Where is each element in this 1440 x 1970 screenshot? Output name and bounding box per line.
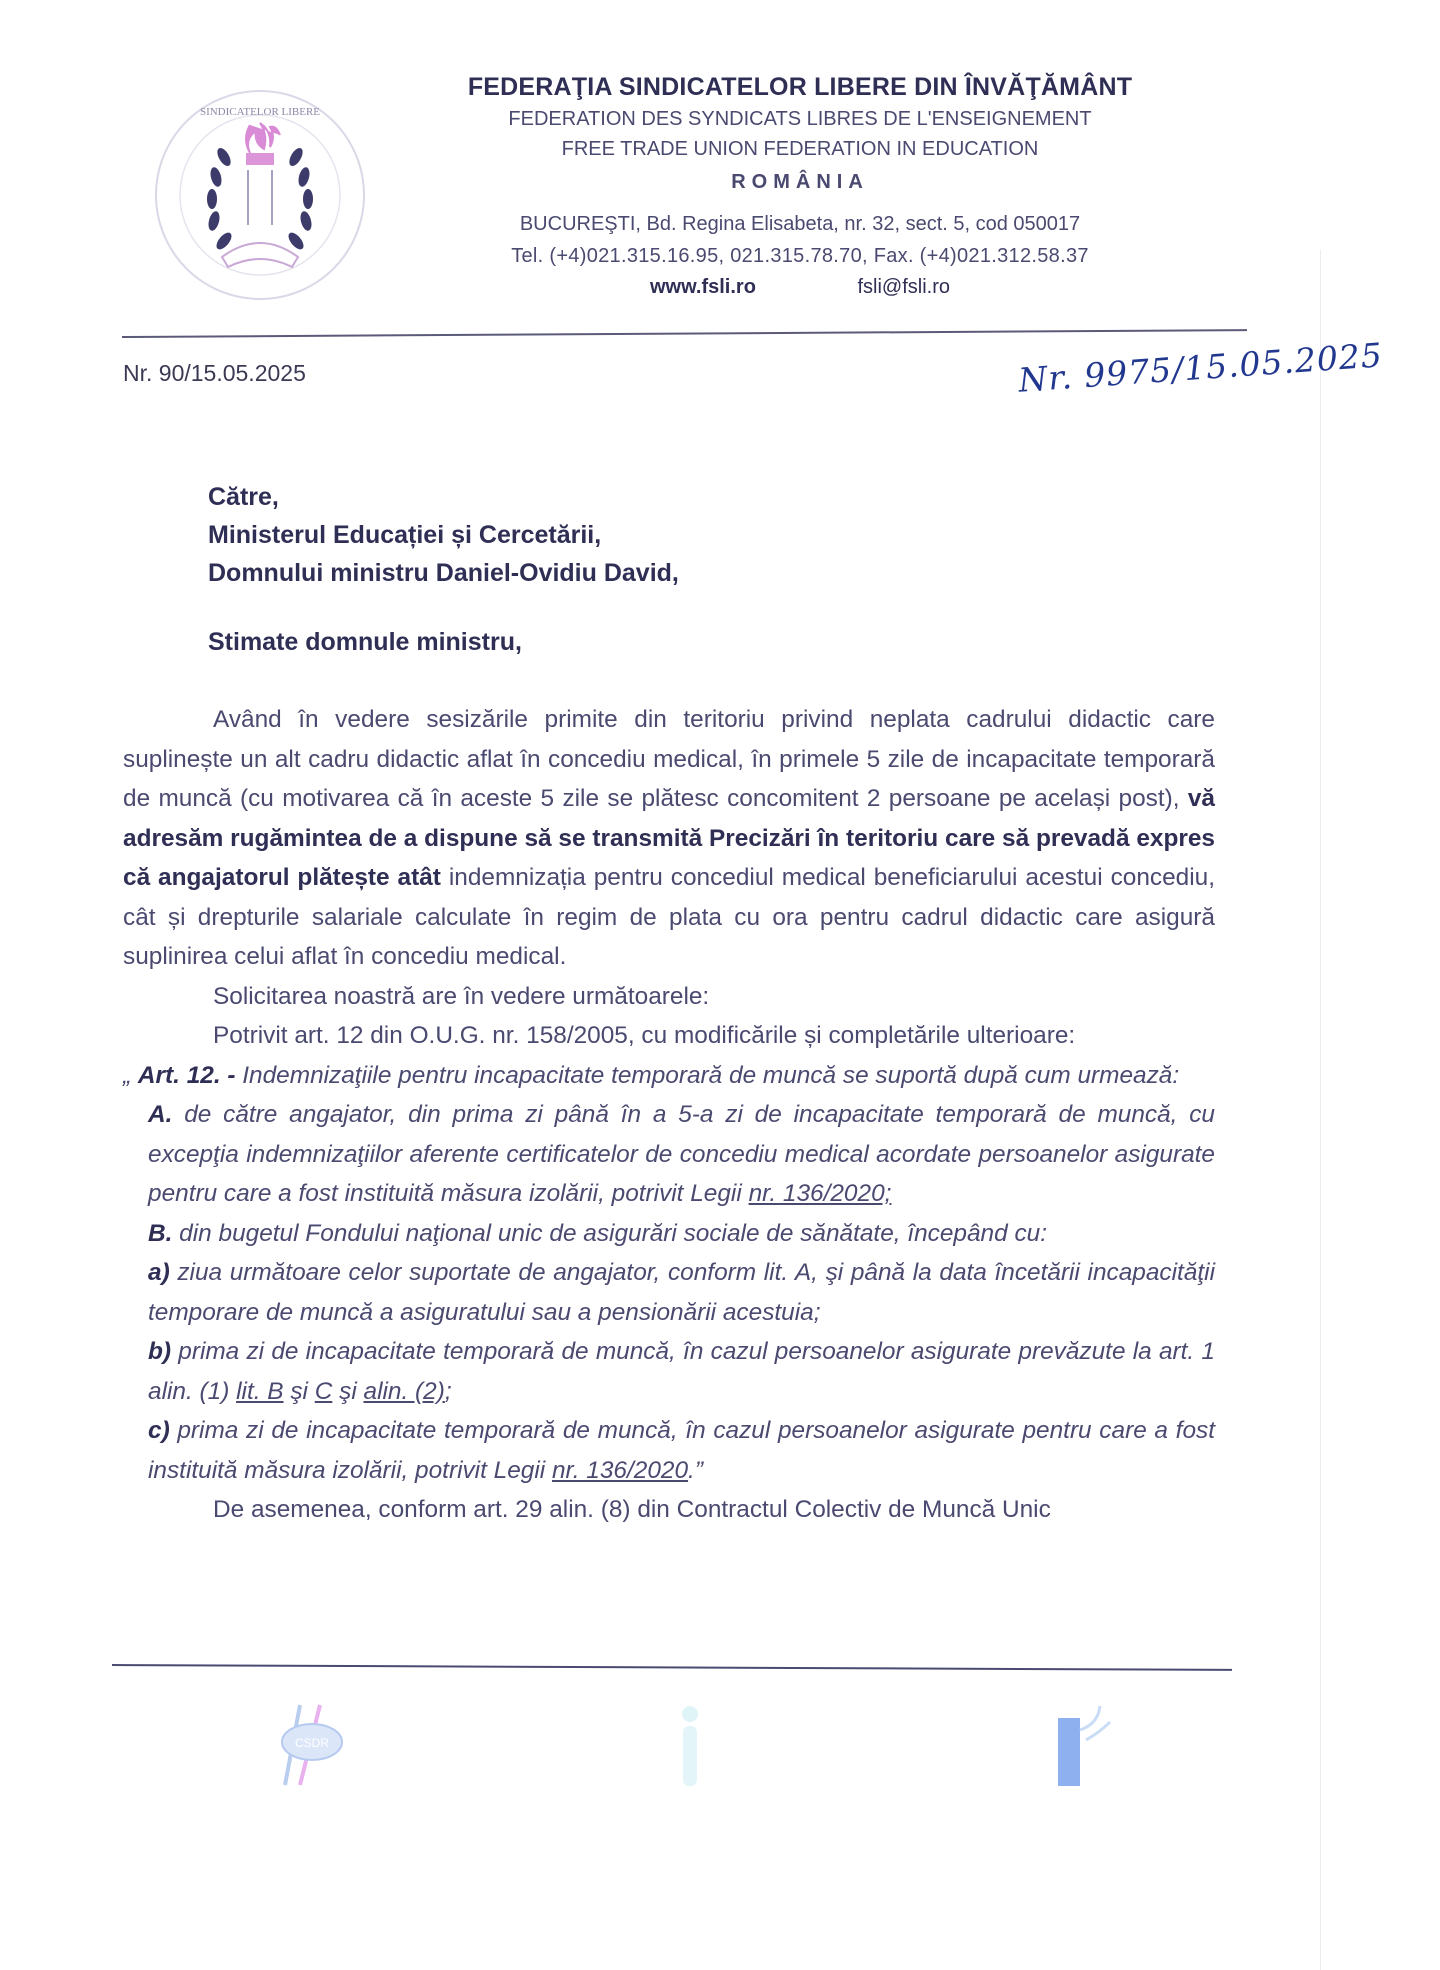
- law-link[interactable]: nr. 136/2020: [552, 1457, 688, 1484]
- law-link[interactable]: lit. B: [236, 1378, 283, 1405]
- article-item-b-a: a) ziua următoare celor suportate de ang…: [123, 1253, 1215, 1332]
- org-address: BUCUREŞTI, Bd. Regina Elisabeta, nr. 32,…: [420, 208, 1180, 240]
- article-12-heading: „ Art. 12. - Indemnizaţiile pentru incap…: [123, 1056, 1215, 1096]
- salutation: Stimate domnule ministru,: [208, 628, 522, 657]
- text: Având în vedere sesizările primite din t…: [123, 706, 1215, 812]
- org-name-ro: FEDERAŢIA SINDICATELOR LIBERE DIN ÎNVĂŢĂ…: [420, 70, 1180, 104]
- item-text: de către angajator, din prima zi până în…: [148, 1101, 1215, 1207]
- addressee-line: Domnului ministru Daniel-Ovidiu David,: [208, 554, 679, 592]
- item-text: şi: [284, 1378, 315, 1405]
- org-contacts: www.fsli.ro fsli@fsli.ro: [420, 272, 1180, 302]
- letter-page: SINDICATELOR LIBERE FEDERAŢIA SINDICATEL…: [0, 0, 1440, 1970]
- svg-text:CSDR: CSDR: [295, 1736, 329, 1750]
- csee-logo-icon: [1030, 1700, 1120, 1790]
- item-text: .”: [688, 1457, 703, 1484]
- org-phone: Tel. (+4)021.315.16.95, 021.315.78.70, F…: [420, 240, 1180, 272]
- law-link[interactable]: alin. (2): [364, 1378, 445, 1405]
- paragraph-collective-contract: De asemenea, conform art. 29 alin. (8) d…: [123, 1490, 1215, 1530]
- item-text: ;: [445, 1378, 452, 1405]
- paragraph-legal-basis: Potrivit art. 12 din O.U.G. nr. 158/2005…: [123, 1016, 1215, 1056]
- item-text: ziua următoare celor suportate de angaja…: [148, 1259, 1215, 1326]
- addressee: Către, Ministerul Educației și Cercetări…: [208, 478, 679, 592]
- quote-mark: „: [123, 1062, 138, 1089]
- article-text: Indemnizaţiile pentru incapacitate tempo…: [236, 1062, 1180, 1089]
- item-label: A.: [148, 1101, 172, 1128]
- csdr-logo-icon: CSDR: [270, 1700, 360, 1790]
- article-item-b: B. din bugetul Fondului naţional unic de…: [123, 1214, 1215, 1254]
- law-link[interactable]: C: [315, 1378, 333, 1405]
- reference-number: Nr. 90/15.05.2025: [123, 360, 306, 387]
- scan-edge: [1320, 250, 1321, 1970]
- org-name-en: FREE TRADE UNION FEDERATION IN EDUCATION: [420, 134, 1180, 164]
- fsli-seal-logo-icon: SINDICATELOR LIBERE: [150, 85, 370, 305]
- article-item-b-c: c) prima zi de incapacitate temporară de…: [123, 1411, 1215, 1490]
- addressee-line: Ministerul Educației și Cercetării,: [208, 516, 679, 554]
- law-link[interactable]: nr. 136/2020;: [749, 1180, 892, 1207]
- header-divider: [122, 329, 1247, 338]
- article-item-a: A. de către angajator, din prima zi până…: [123, 1095, 1215, 1214]
- footer-divider: [112, 1664, 1232, 1671]
- handwritten-registration: Nr. 9975/15.05.2025: [1017, 335, 1384, 399]
- email-link[interactable]: fsli@fsli.ro: [857, 276, 950, 298]
- item-label: c): [148, 1417, 170, 1444]
- svg-text:SINDICATELOR LIBERE: SINDICATELOR LIBERE: [200, 106, 320, 118]
- org-country: ROMÂNIA: [420, 164, 1180, 208]
- addressee-line: Către,: [208, 478, 679, 516]
- item-label: B.: [148, 1220, 172, 1247]
- article-label: Art. 12. -: [138, 1062, 236, 1089]
- item-label: a): [148, 1259, 170, 1286]
- org-name-fr: FEDERATION DES SYNDICATS LIBRES DE L'ENS…: [420, 104, 1180, 134]
- article-item-b-b: b) prima zi de incapacitate temporară de…: [123, 1332, 1215, 1411]
- item-label: b): [148, 1338, 171, 1365]
- ei-logo-icon: [650, 1700, 740, 1790]
- paragraph-grounds: Solicitarea noastră are în vedere următo…: [123, 977, 1215, 1017]
- paragraph-request: Având în vedere sesizările primite din t…: [123, 700, 1215, 977]
- letterhead: FEDERAŢIA SINDICATELOR LIBERE DIN ÎNVĂŢĂ…: [420, 70, 1180, 302]
- item-text: şi: [332, 1378, 363, 1405]
- letter-body: Având în vedere sesizările primite din t…: [123, 700, 1215, 1530]
- website-link[interactable]: www.fsli.ro: [650, 276, 756, 298]
- item-text: din bugetul Fondului naţional unic de as…: [172, 1220, 1047, 1247]
